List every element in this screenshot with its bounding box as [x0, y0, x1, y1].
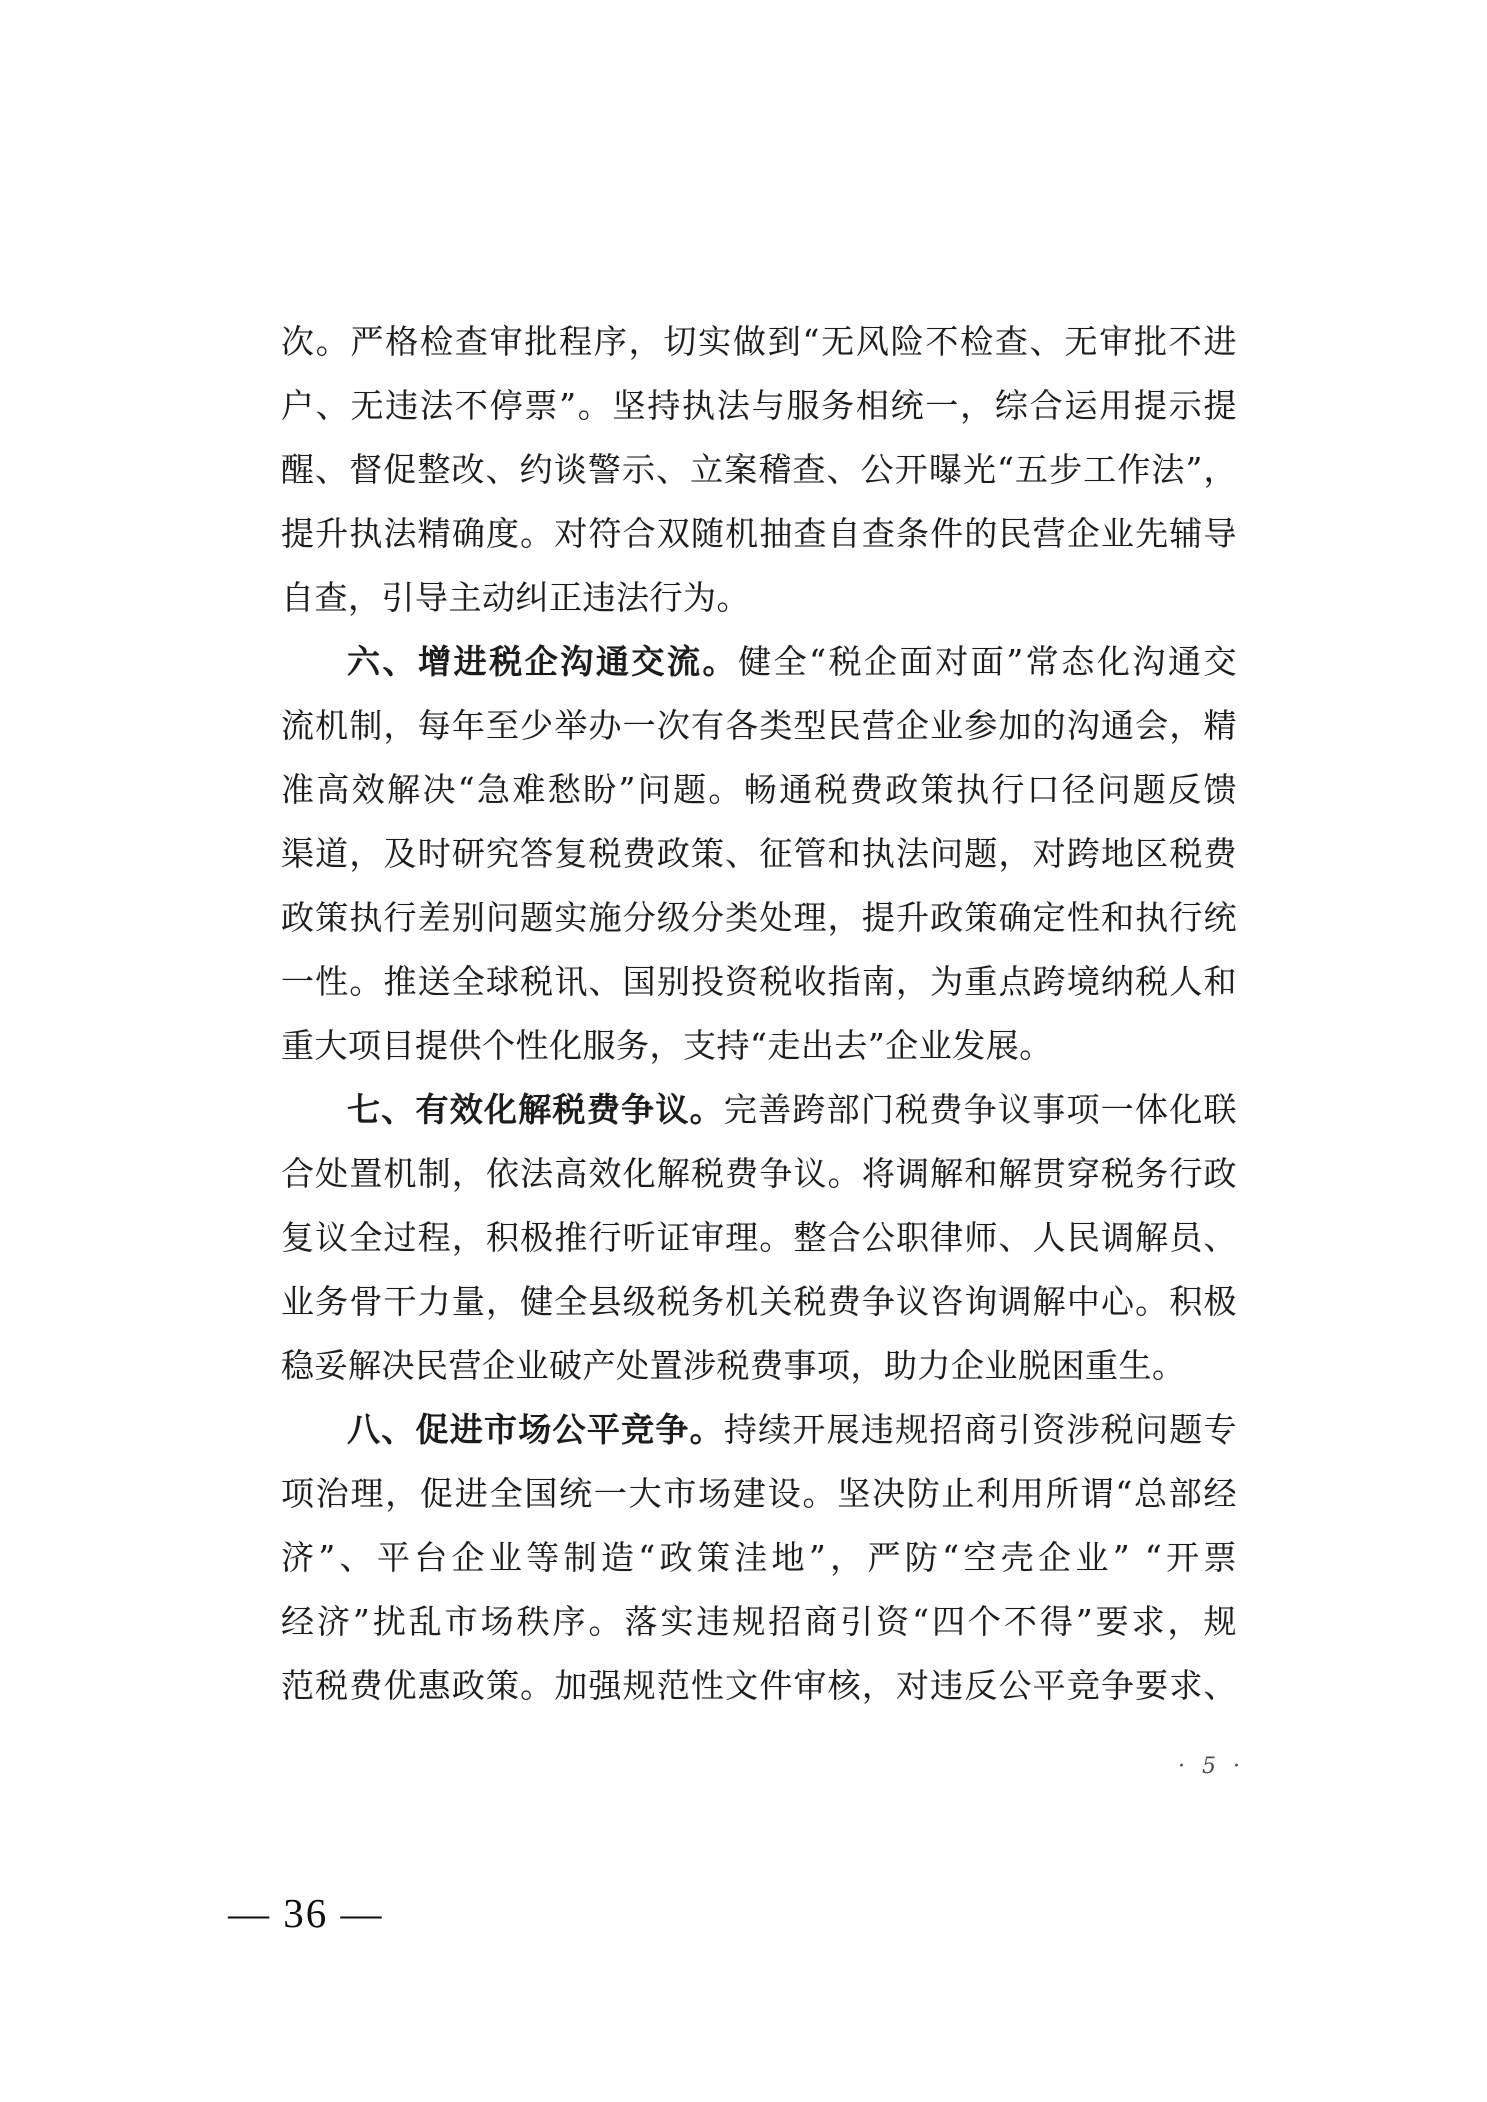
body-text: 流机制，每年至少举办一次有各类型民营企业参加的沟通会，精 [281, 706, 1237, 745]
section-heading: 六、增进税企沟通交流。 [347, 642, 738, 681]
text-line: 政策执行差别问题实施分级分类处理，提升政策确定性和执行统 [281, 886, 1237, 950]
text-line: 户、无违法不停票”。坚持执法与服务相统一，综合运用提示提 [281, 374, 1237, 438]
text-line: 次。严格检查审批程序，切实做到“无风险不检查、无审批不进 [281, 310, 1237, 374]
body-text: 一性。推送全球税讯、国别投资税收指南，为重点跨境纳税人和 [281, 962, 1237, 1001]
body-text: 业务骨干力量，健全县级税务机关税费争议咨询调解中心。积极 [281, 1282, 1237, 1321]
text-line: 提升执法精确度。对符合双随机抽查自查条件的民营企业先辅导 [281, 502, 1237, 566]
body-text: 准高效解决“急难愁盼”问题。畅通税费政策执行口径问题反馈 [281, 770, 1237, 809]
body-text: 项治理，促进全国统一大市场建设。坚决防止利用所谓“总部经 [281, 1474, 1237, 1513]
body-text: 持续开展违规招商引资涉税问题专 [724, 1410, 1237, 1449]
body-text: 完善跨部门税费争议事项一体化联 [724, 1090, 1237, 1129]
text-line: 渠道，及时研究答复税费政策、征管和执法问题，对跨地区税费 [281, 822, 1237, 886]
section-heading: 七、有效化解税费争议。 [347, 1090, 724, 1129]
text-line: 一性。推送全球税讯、国别投资税收指南，为重点跨境纳税人和 [281, 950, 1237, 1014]
section-heading: 八、促进市场公平竞争。 [347, 1410, 724, 1449]
body-text: 复议全过程，积极推行听证审理。整合公职律师、人民调解员、 [281, 1218, 1237, 1257]
text-line: 六、增进税企沟通交流。健全“税企面对面”常态化沟通交 [281, 630, 1237, 694]
text-line: 济”、平台企业等制造“政策洼地”，严防“空壳企业” “开票 [281, 1526, 1237, 1590]
body-text: 次。严格检查审批程序，切实做到“无风险不检查、无审批不进 [281, 322, 1237, 361]
body-text: 渠道，及时研究答复税费政策、征管和执法问题，对跨地区税费 [281, 834, 1237, 873]
text-line: 业务骨干力量，健全县级税务机关税费争议咨询调解中心。积极 [281, 1270, 1237, 1334]
body-text: 户、无违法不停票”。坚持执法与服务相统一，综合运用提示提 [281, 386, 1237, 425]
text-line: 复议全过程，积极推行听证审理。整合公职律师、人民调解员、 [281, 1206, 1237, 1270]
text-line: 流机制，每年至少举办一次有各类型民营企业参加的沟通会，精 [281, 694, 1237, 758]
text-line: 经济”扰乱市场秩序。落实违规招商引资“四个不得”要求，规 [281, 1590, 1237, 1654]
footer-page-number: — 36 — [228, 1890, 448, 1936]
body-text: 范税费优惠政策。加强规范性文件审核，对违反公平竞争要求、 [281, 1666, 1237, 1705]
text-line: 自查，引导主动纠正违法行为。 [281, 566, 1237, 630]
document-text: 次。严格检查审批程序，切实做到“无风险不检查、无审批不进户、无违法不停票”。坚持… [281, 310, 1237, 1718]
text-line: 项治理，促进全国统一大市场建设。坚决防止利用所谓“总部经 [281, 1462, 1237, 1526]
text-line: 准高效解决“急难愁盼”问题。畅通税费政策执行口径问题反馈 [281, 758, 1237, 822]
text-line: 范税费优惠政策。加强规范性文件审核，对违反公平竞争要求、 [281, 1654, 1237, 1718]
text-line: 合处置机制，依法高效化解税费争议。将调解和解贯穿税务行政 [281, 1142, 1237, 1206]
text-line: 重大项目提供个性化服务，支持“走出去”企业发展。 [281, 1014, 1237, 1078]
text-line: 七、有效化解税费争议。完善跨部门税费争议事项一体化联 [281, 1078, 1237, 1142]
body-text: 提升执法精确度。对符合双随机抽查自查条件的民营企业先辅导 [281, 514, 1237, 553]
body-text: 稳妥解决民营企业破产处置涉税费事项，助力企业脱困重生。 [281, 1346, 1186, 1385]
text-line: 醒、督促整改、约谈警示、立案稽查、公开曝光“五步工作法”， [281, 438, 1237, 502]
document-page: 次。严格检查审批程序，切实做到“无风险不检查、无审批不进户、无违法不停票”。坚持… [0, 0, 1487, 2102]
text-line: 稳妥解决民营企业破产处置涉税费事项，助力企业脱困重生。 [281, 1334, 1237, 1398]
body-text: 合处置机制，依法高效化解税费争议。将调解和解贯穿税务行政 [281, 1154, 1237, 1193]
body-text: 经济”扰乱市场秩序。落实违规招商引资“四个不得”要求，规 [281, 1602, 1237, 1641]
body-text: 重大项目提供个性化服务，支持“走出去”企业发展。 [281, 1026, 1053, 1065]
body-text: 健全“税企面对面”常态化沟通交 [738, 642, 1237, 681]
text-line: 八、促进市场公平竞争。持续开展违规招商引资涉税问题专 [281, 1398, 1237, 1462]
body-text: 济”、平台企业等制造“政策洼地”，严防“空壳企业” “开票 [281, 1538, 1237, 1577]
body-text: 自查，引导主动纠正违法行为。 [281, 578, 750, 617]
body-text: 政策执行差别问题实施分级分类处理，提升政策确定性和执行统 [281, 898, 1237, 937]
body-text: 醒、督促整改、约谈警示、立案稽查、公开曝光“五步工作法”， [281, 450, 1237, 489]
corner-page-number: · 5 · [1178, 1752, 1245, 1782]
